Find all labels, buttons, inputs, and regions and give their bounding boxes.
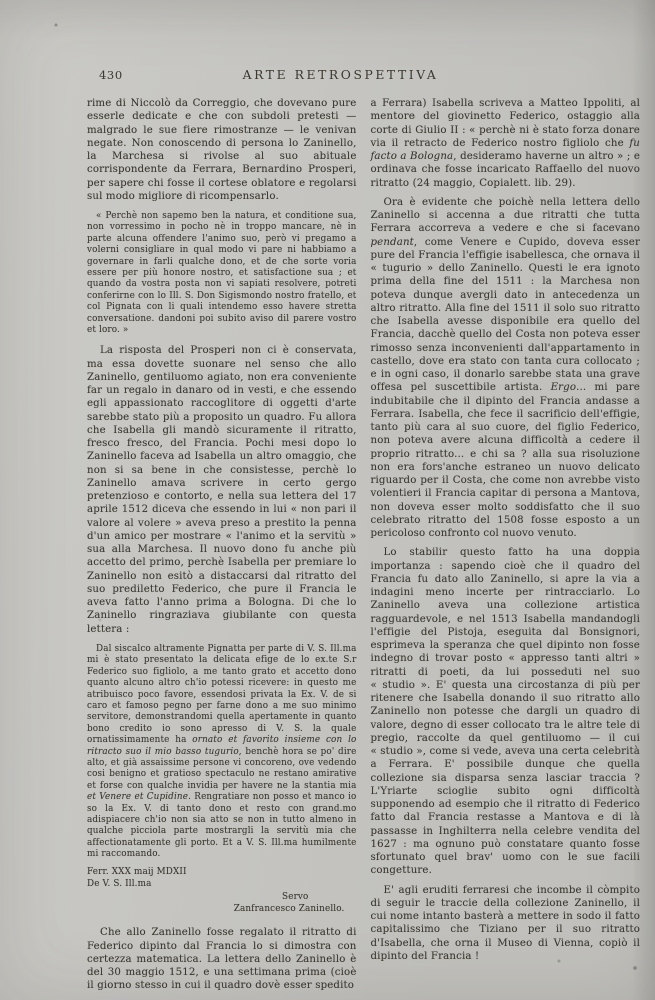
quoted-letter-prosperi: « Perchè non sapemo ben la natura, et co… (87, 211, 357, 336)
paragraph-eruditi: E' agli eruditi ferraresi che incombe il… (371, 884, 641, 964)
letter-date: Ferr. XXX maij MDXII (87, 867, 357, 878)
scanned-page: 430 ARTE RETROSPETTIVA rime di Niccolò d… (0, 0, 655, 1000)
text-columns: rime di Niccolò da Correggio, che doveva… (87, 97, 640, 993)
letter-servo: Servo (87, 892, 357, 903)
letter-address: De V. S. Ill.ma (87, 879, 357, 890)
paragraph-risposta: La risposta del Prosperi non ci è conser… (87, 344, 357, 636)
paragraph-che-allo: Che allo Zaninello fosse regalato il rit… (87, 926, 357, 992)
letter-signature: Zanfrancesco Zaninello. (87, 904, 357, 915)
paragraph-ora-evidente: Ora è evidente che poichè nella lettera … (371, 196, 641, 541)
paragraph-continuation: rime di Niccolò da Correggio, che doveva… (87, 97, 357, 203)
running-title: ARTE RETROSPETTIVA (13, 68, 655, 82)
paragraph-lo-stabilir: Lo stabilir questo fatto ha una doppia i… (371, 546, 641, 877)
paragraph-continuation-right: a Ferrara) Isabella scriveva a Matteo Ip… (371, 97, 641, 190)
left-column: rime di Niccolò da Correggio, che doveva… (87, 97, 357, 993)
quoted-letter-zaninello: Dal siscalco altramente Pignatta per par… (87, 644, 357, 861)
right-column: a Ferrara) Isabella scriveva a Matteo Ip… (371, 97, 641, 963)
